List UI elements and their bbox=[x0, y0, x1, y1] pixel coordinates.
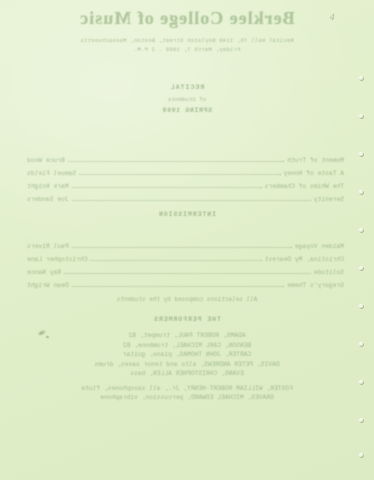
piece-performer: Joe Sanders bbox=[27, 196, 69, 203]
punch-hole bbox=[359, 114, 364, 119]
program-list-first-half: Moment of TruthBruce WoodA Taste of Hone… bbox=[27, 151, 344, 203]
program-note: All selections composed by the students bbox=[0, 296, 374, 303]
dot-leader bbox=[79, 171, 280, 175]
performer-line: ADAMS, ROBERT PAUL, trumpet, B2 bbox=[0, 331, 374, 341]
piece-title: Maiden Voyage bbox=[295, 243, 344, 250]
recital-heading-line2: of Students bbox=[0, 96, 374, 103]
punch-hole bbox=[359, 152, 364, 157]
piece-performer: Samuel Fields bbox=[27, 170, 76, 177]
dot-leader bbox=[68, 158, 285, 162]
recital-heading-line1: RECITAL bbox=[0, 84, 374, 91]
dot-leader bbox=[90, 257, 261, 261]
punch-hole bbox=[359, 76, 364, 81]
piece-performer: Christopher Lane bbox=[27, 256, 87, 263]
program-row: Gregory's ThemeDean Wright bbox=[27, 276, 344, 289]
piece-performer: Bruce Wood bbox=[27, 157, 65, 164]
bleed-through-layer: Berklee College of Music Recital Hall 76… bbox=[0, 0, 374, 480]
program-list-second-half: Maiden VoyagePaul RiversChristina, My De… bbox=[27, 237, 344, 289]
piece-performer: Ray Nance bbox=[27, 269, 61, 276]
dot-leader bbox=[72, 283, 285, 287]
letterhead-address-line2: Friday, March 7, 1969 . 2 P.M. bbox=[0, 46, 374, 53]
program-row: Christina, My DearestChristopher Lane bbox=[27, 250, 344, 263]
program-row: The Whims of ChambersMark Knight bbox=[27, 177, 344, 190]
letterhead-title: Berklee College of Music bbox=[0, 8, 374, 29]
performers-list: ADAMS, ROBERT PAUL, trumpet, B2BENSON, C… bbox=[0, 331, 374, 403]
piece-title: The Whims of Chambers bbox=[265, 183, 344, 190]
piece-title: Moment of Truth bbox=[287, 157, 344, 164]
punch-hole bbox=[359, 228, 364, 233]
letterhead-address-line1: Recital Hall 76, 1140 Boylston Street, B… bbox=[0, 37, 374, 44]
piece-title: A Taste of Honey bbox=[284, 170, 344, 177]
program-row: A Taste of HoneySamuel Fields bbox=[27, 164, 344, 177]
performers-heading: THE PERFORMERS bbox=[0, 316, 374, 323]
piece-title: Christina, My Dearest bbox=[265, 256, 344, 263]
piece-title: Solitude bbox=[314, 269, 344, 276]
punch-hole bbox=[359, 418, 364, 423]
punch-hole bbox=[359, 342, 364, 347]
dot-leader bbox=[72, 184, 262, 188]
punch-hole bbox=[359, 304, 364, 309]
performer-line: FOSTER, WILLIAM ROBERT-HENRY, Jr., all s… bbox=[0, 384, 374, 394]
program-row: SerenityJoe Sanders bbox=[27, 190, 344, 203]
intermission-label: INTERMISSION bbox=[0, 211, 374, 218]
recital-heading-line3: SPRING 1969 bbox=[0, 107, 374, 114]
program-row: Moment of TruthBruce Wood bbox=[27, 151, 344, 164]
piece-performer: Paul Rivers bbox=[27, 243, 69, 250]
piece-performer: Mark Knight bbox=[27, 183, 69, 190]
punch-hole bbox=[359, 453, 364, 458]
piece-title: Serenity bbox=[314, 196, 344, 203]
punch-hole bbox=[359, 380, 364, 385]
piece-title: Gregory's Theme bbox=[287, 282, 344, 289]
performer-line: EVANS, CHRISTOPHER ALLEN, bass bbox=[0, 369, 374, 379]
performer-line: GRAVES, MICHAEL EDWARD, percussion, vibr… bbox=[0, 393, 374, 403]
punch-hole bbox=[359, 266, 364, 271]
performer-line: BENSON, CARL MICHAEL, trombone, B2 bbox=[0, 341, 374, 351]
punch-hole bbox=[359, 190, 364, 195]
piece-performer: Dean Wright bbox=[27, 282, 69, 289]
performer-line: CARTER, JOHN THOMAS, piano, guitar bbox=[0, 350, 374, 360]
dot-leader bbox=[72, 244, 292, 248]
performer-line: DAVIS, PETER ANDREWS, alto and tenor sax… bbox=[0, 360, 374, 370]
dot-leader bbox=[64, 270, 311, 274]
scanned-page: Berklee College of Music Recital Hall 76… bbox=[0, 0, 374, 480]
ink-smudge-dot bbox=[46, 336, 49, 338]
program-row: SolitudeRay Nance bbox=[27, 263, 344, 276]
program-row: Maiden VoyagePaul Rivers bbox=[27, 237, 344, 250]
dot-leader bbox=[72, 197, 311, 201]
